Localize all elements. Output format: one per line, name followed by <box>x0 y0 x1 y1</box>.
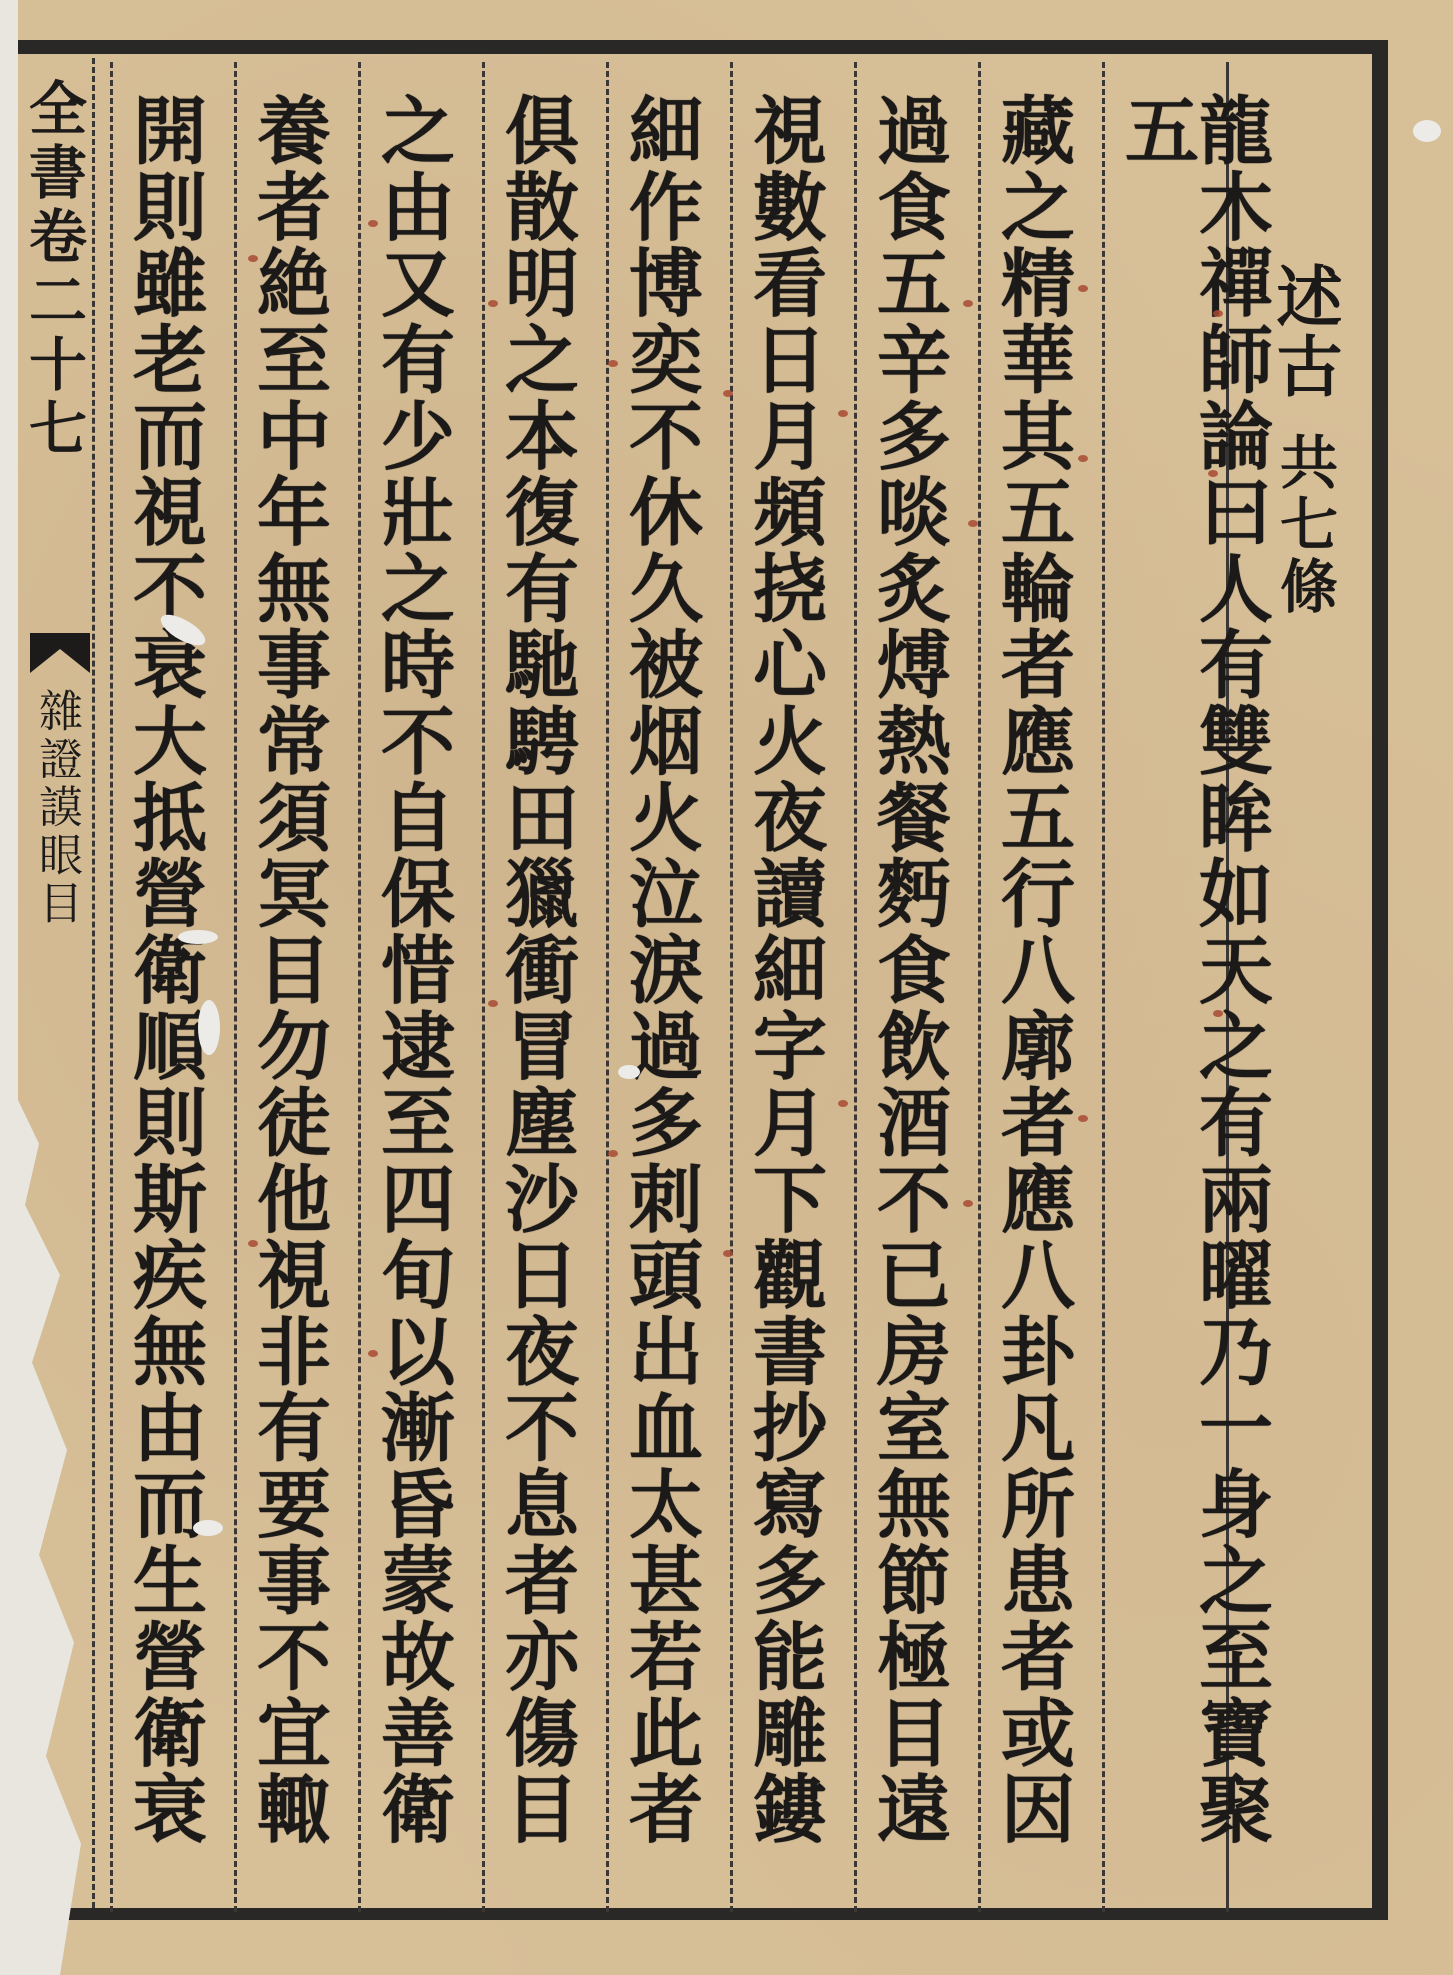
text-column: 龍木禪師論曰人有雙眸如天之有兩曜乃一身之至寶聚五 <box>1102 62 1226 1912</box>
punctuation-mark <box>488 300 498 307</box>
worm-hole <box>193 1520 223 1536</box>
worm-hole <box>1413 120 1441 142</box>
column-text: 細作博奕不休久被烟火泣淚過多刺頭出血太甚若此者 <box>623 92 697 1847</box>
text-column: 細作博奕不休久被烟火泣淚過多刺頭出血太甚若此者 <box>606 62 730 1912</box>
punctuation-mark <box>1078 285 1088 292</box>
worm-hole <box>198 1000 220 1055</box>
column-text: 養者絶至中年無事常須冥目勿徒他視非有要事不宜輙 <box>251 92 325 1847</box>
punctuation-mark <box>838 410 848 417</box>
column-text: 藏之精華其五輪者應五行八廓者應八卦凡所患者或因 <box>995 92 1069 1847</box>
punctuation-mark <box>1078 1115 1088 1122</box>
punctuation-mark <box>368 1350 378 1357</box>
column-text: 之由又有少壯之時不自保惜逮至四旬以漸昏蒙故善衛 <box>375 92 449 1847</box>
punctuation-mark <box>1213 1010 1223 1017</box>
volume-title: 全書卷二十七 <box>24 78 82 462</box>
text-column: 藏之精華其五輪者應五行八廓者應八卦凡所患者或因 <box>978 62 1102 1912</box>
column-text: 開則雖老而視不衰大抵營衛順則斯疾無由而生營衛衰 <box>127 92 201 1847</box>
heading-note: 共七條 <box>1270 432 1338 618</box>
punctuation-mark <box>723 390 733 397</box>
column-text: 俱散明之本復有馳騁田獵衝冒塵沙日夜不息者亦傷目 <box>499 92 573 1847</box>
text-column: 開則雖老而視不衰大抵營衛順則斯疾無由而生營衛衰 <box>110 62 234 1912</box>
punctuation-mark <box>608 1150 618 1157</box>
text-columns: 述古共七條 龍木禪師論曰人有雙眸如天之有兩曜乃一身之至寶聚五 藏之精華其五輪者應… <box>108 62 1376 1912</box>
text-column: 過食五辛多啖炙煿熱餐麪食飲酒不已房室無節極目遠 <box>854 62 978 1912</box>
worm-hole <box>178 930 218 944</box>
heading-label: 述古 <box>1265 262 1343 402</box>
section-heading: 述古共七條 <box>1271 262 1337 618</box>
column-text: 過食五辛多啖炙煿熱餐麪食飲酒不已房室無節極目遠 <box>871 92 945 1847</box>
text-column: 養者絶至中年無事常須冥目勿徒他視非有要事不宜輙 <box>234 62 358 1912</box>
punctuation-mark <box>968 520 978 527</box>
punctuation-mark <box>368 220 378 227</box>
punctuation-mark <box>838 1100 848 1107</box>
fishtail-icon <box>30 633 90 673</box>
punctuation-mark <box>1078 455 1088 462</box>
punctuation-mark <box>608 360 618 367</box>
punctuation-mark <box>248 255 258 262</box>
punctuation-mark <box>963 300 973 307</box>
text-column: 俱散明之本復有馳騁田獵衝冒塵沙日夜不息者亦傷目 <box>482 62 606 1912</box>
book-page: 全書卷二十七 雜證謨眼目 述古共七條 龍木禪師論曰人有雙眸如天之有兩曜乃一身之至… <box>18 0 1453 1975</box>
text-column: 視數看日月頻挠心火夜讀細字月下觀書抄寫多能雕鏤 <box>730 62 854 1912</box>
punctuation-mark <box>488 1000 498 1007</box>
punctuation-mark <box>963 1200 973 1207</box>
chapter-title: 雜證謨眼目 <box>34 688 78 928</box>
punctuation-mark <box>248 1240 258 1247</box>
column-text: 視數看日月頻挠心火夜讀細字月下觀書抄寫多能雕鏤 <box>747 92 821 1847</box>
text-column: 之由又有少壯之時不自保惜逮至四旬以漸昏蒙故善衛 <box>358 62 482 1912</box>
column-text: 龍木禪師論曰人有雙眸如天之有兩曜乃一身之至寶聚五 <box>1119 92 1267 1912</box>
punctuation-mark <box>723 1250 733 1257</box>
punctuation-mark <box>1213 310 1223 317</box>
worm-hole <box>618 1065 640 1079</box>
punctuation-mark <box>1208 470 1218 477</box>
